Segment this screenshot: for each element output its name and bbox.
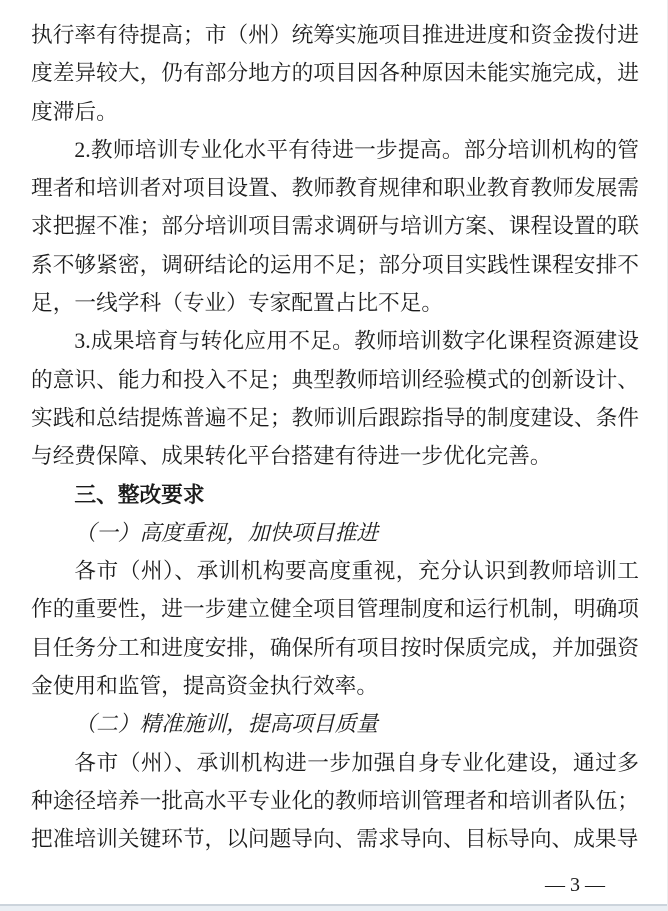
page-number: — 3 — (545, 873, 605, 897)
paragraph-issue-3: 3.成果培育与转化应用不足。教师培训数字化课程资源建设的意识、能力和投入不足；典… (31, 322, 639, 475)
subsection-heading-2: （二）精准施训，提高项目质量 (31, 705, 639, 743)
page-bottom-edge (0, 904, 667, 911)
subsection-heading-1: （一）高度重视，加快项目推进 (31, 514, 639, 552)
paragraph-issue-2: 2.教师培训专业化水平有待进一步提高。部分培训机构的管理者和培训者对项目设置、教… (31, 131, 639, 322)
paragraph-requirement-2: 各市（州）、承训机构进一步加强自身专业化建设，通过多种途径培养一批高水平专业化的… (31, 744, 639, 859)
paragraph-requirement-1: 各市（州）、承训机构要高度重视，充分认识到教师培训工作的重要性，进一步建立健全项… (31, 552, 639, 705)
paragraph-continuation: 执行率有待提高；市（州）统筹实施项目推进进度和资金拨付进度差异较大，仍有部分地方… (31, 16, 639, 131)
document-body: 执行率有待提高；市（州）统筹实施项目推进进度和资金拨付进度差异较大，仍有部分地方… (31, 16, 639, 859)
section-heading-rectification-requirements: 三、整改要求 (31, 476, 639, 514)
document-page: 执行率有待提高；市（州）统筹实施项目推进进度和资金拨付进度差异较大，仍有部分地方… (0, 0, 668, 911)
